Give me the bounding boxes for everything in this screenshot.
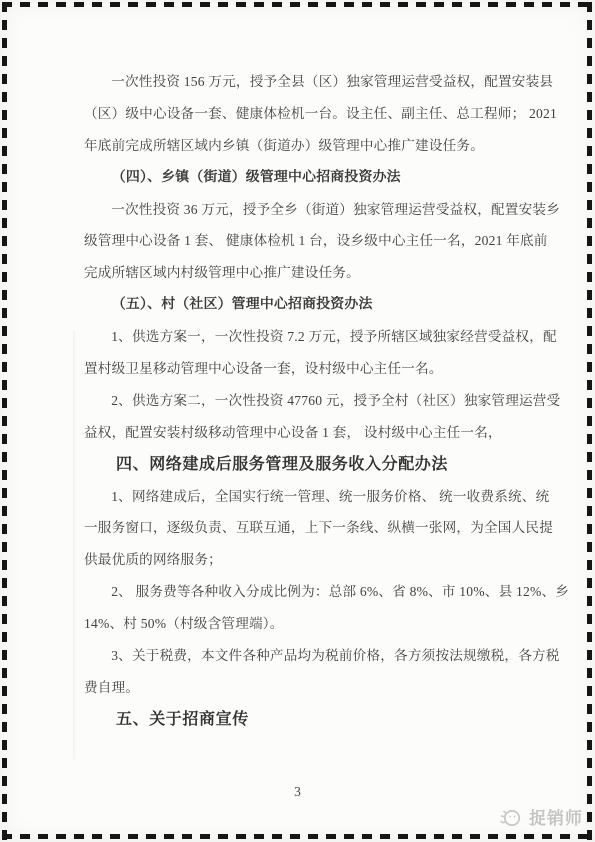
doc-line: 级管理中心设备 1 套、 健康体检机 1 台，设乡级中心主任一名，2021 年底… [84, 225, 534, 257]
doc-line: 一次性投资 156 万元，授予全县（区）独家管理运营受益权，配置安装县 [84, 66, 534, 98]
scan-edge-artifact [73, 330, 75, 760]
dashed-border-top [2, 2, 593, 7]
doc-line: 费自理。 [84, 672, 534, 704]
dashed-border-bottom [2, 834, 593, 839]
page-number: 3 [0, 784, 595, 800]
doc-line: 一次性投资 36 万元，授予全乡（街道）独家管理运营受益权，配置安装乡 [84, 194, 534, 226]
chapter-heading-4: 四、网络建成后服务管理及服务收入分配办法 [84, 449, 534, 481]
doc-line: 2、 服务费等各种收入分成比例为：总部 6%、省 8%、市 10%、县 12%、… [84, 576, 534, 608]
watermark-label: 捉销师 [529, 804, 583, 829]
doc-line: 1、网络建成后，全国实行统一管理、统一服务价格、 统一收费系统、统 [84, 481, 534, 513]
doc-line: 14%、村 50%（村级含管理端）。 [84, 608, 534, 640]
dashed-border-left [2, 2, 7, 840]
doc-line: （区）级中心设备一套、健康体检机一台。设主任、副主任、总工程师； 2021 [84, 98, 534, 130]
dashed-border-right [587, 2, 592, 840]
doc-line: 一服务窗口，逐级负责、互联互通，上下一条线、纵横一张网，为全国人民提 [84, 512, 534, 544]
doc-line: 2、供选方案二，一次性投资 47760 元，授予全村（社区）独家管理运营受 [84, 385, 534, 417]
scanned-document-page: 一次性投资 156 万元，授予全县（区）独家管理运营受益权，配置安装县 （区）级… [0, 0, 595, 842]
doc-line: 年底前完成所辖区域内乡镇（街道办）级管理中心推广建设任务。 [84, 130, 534, 162]
document-body: 一次性投资 156 万元，授予全县（区）独家管理运营受益权，配置安装县 （区）级… [84, 66, 534, 736]
doc-line: 供最优质的网络服务； [84, 544, 534, 576]
doc-line: 完成所辖区域内村级管理中心推广建设任务。 [84, 257, 534, 289]
cat-mascot-icon [497, 806, 523, 828]
section-heading-5-subsection: （五）、村（社区）管理中心招商投资办法 [84, 289, 534, 321]
doc-line: 益权，配置安装村级移动管理中心设备 1 套， 设村级中心主任一名， [84, 417, 534, 449]
doc-line: 1、供选方案一，一次性投资 7.2 万元，授予所辖区域独家经营受益权，配 [84, 321, 534, 353]
doc-line: 3、关于税费，本文件各种产品均为税前价格，各方须按法规缴税，各方税 [84, 640, 534, 672]
chapter-heading-5: 五、关于招商宣传 [84, 704, 534, 736]
section-heading-4-subsection: （四）、乡镇（街道）级管理中心招商投资办法 [84, 162, 534, 194]
doc-line: 置村级卫星移动管理中心设备一套，设村级中心主任一名。 [84, 353, 534, 385]
watermark: 捉销师 [497, 804, 583, 829]
